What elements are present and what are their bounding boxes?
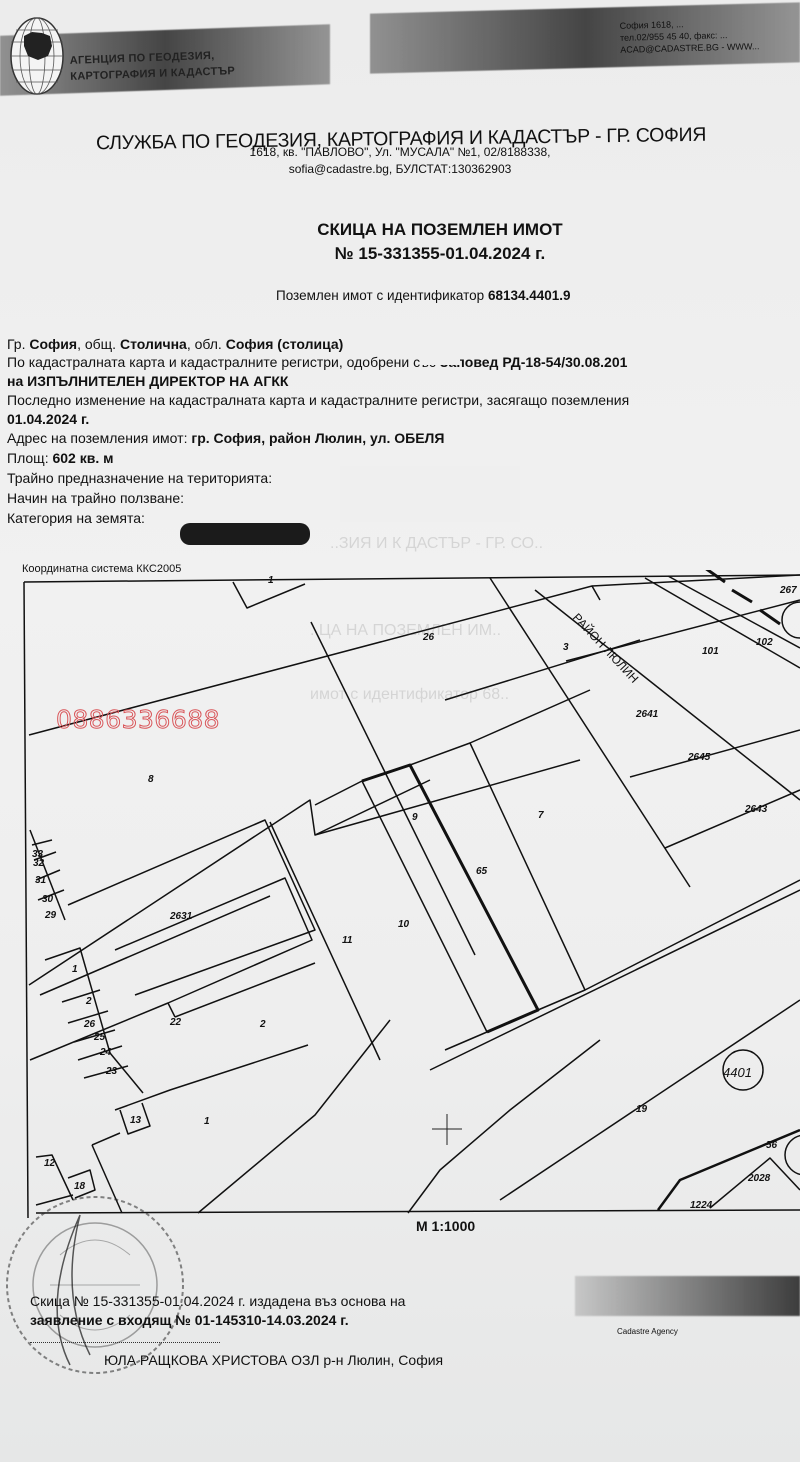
parcel-label: 31 bbox=[35, 875, 47, 886]
municipality-prefix: , общ. bbox=[77, 336, 116, 352]
parcel-label: 32 bbox=[33, 858, 45, 869]
parcel-label: 267 bbox=[779, 585, 797, 596]
parcel-label: 2643 bbox=[744, 804, 768, 815]
parcel-identifier: Поземлен имот с идентификатор 68134.4401… bbox=[276, 288, 571, 303]
document-number: № 15-331355-01.04.2024 г. bbox=[0, 244, 800, 264]
parcel-label: 8 bbox=[148, 774, 154, 785]
purpose-line: Трайно предназначение на територията: bbox=[7, 468, 272, 488]
agency-name: АГЕНЦИЯ ПО ГЕОДЕЗИЯ, КАРТОГРАФИЯ И КАДАС… bbox=[69, 47, 235, 85]
identifier-value: 68134.4401.9 bbox=[488, 288, 571, 303]
cadastral-map: 1263101102267264126452643897651011263133… bbox=[0, 570, 800, 1220]
municipality: Столична bbox=[120, 336, 187, 352]
redaction-patch bbox=[420, 345, 460, 365]
document-page: АГЕНЦИЯ ПО ГЕОДЕЗИЯ, КАРТОГРАФИЯ И КАДАС… bbox=[0, 0, 800, 1462]
parcel-label: 11 bbox=[342, 935, 353, 946]
block-number: 4401 bbox=[723, 1065, 752, 1080]
parcel-label: 30 bbox=[42, 894, 54, 905]
parcel-label: 24 bbox=[99, 1047, 112, 1058]
usage-line: Начин на трайно ползване: bbox=[7, 488, 184, 508]
parcel-label: 2631 bbox=[169, 911, 193, 922]
address-label: Адрес на поземления имот: bbox=[7, 430, 187, 446]
parcel-label: 23 bbox=[105, 1066, 118, 1077]
parcel-label: 2 bbox=[259, 1019, 266, 1030]
approval-order: Заповед РД-18-54/30.08.201 bbox=[440, 354, 628, 370]
parcel-label: 2641 bbox=[635, 709, 659, 720]
parcel-label: 3 bbox=[563, 642, 569, 653]
parcel-label: 25 bbox=[93, 1032, 106, 1043]
application-line: заявление с входящ № 01-145310-14.03.202… bbox=[30, 1312, 349, 1328]
parcel-label: 56 bbox=[766, 1140, 778, 1151]
director: на ИЗПЪЛНИТЕЛЕН ДИРЕКТОР НА АГКК bbox=[7, 373, 288, 389]
identifier-label: Поземлен имот с идентификатор bbox=[276, 288, 484, 303]
parcel-label: 26 bbox=[83, 1019, 96, 1030]
redaction-patch bbox=[340, 466, 520, 522]
agency-contact: София 1618, ... тел.02/955 45 40, факс: … bbox=[620, 16, 760, 56]
parcel-label: 1 bbox=[204, 1116, 210, 1127]
digital-signature-block bbox=[575, 1276, 800, 1316]
parcel-label: 2028 bbox=[747, 1173, 771, 1184]
parcel-label: 102 bbox=[756, 637, 773, 648]
parcel-label: 2 bbox=[85, 996, 92, 1007]
signature-agency: Cadastre Agency bbox=[617, 1327, 678, 1336]
area-line: Площ: 602 кв. м bbox=[7, 448, 113, 468]
last-change-line: Последно изменение на кадастралната карт… bbox=[7, 390, 629, 410]
watermark-phone: 0886336688 bbox=[56, 705, 220, 734]
signature-line bbox=[30, 1342, 220, 1343]
parcel-label: 1 bbox=[72, 964, 78, 975]
parcel-label: 29 bbox=[44, 910, 57, 921]
map-approval-text: По кадастралната карта и кадастралните р… bbox=[7, 354, 436, 370]
issued-line: Скица № 15-331355-01.04.2024 г. издадена… bbox=[30, 1293, 405, 1309]
last-change-date: 01.04.2024 г. bbox=[7, 409, 89, 429]
parcel-label: 65 bbox=[476, 866, 488, 877]
map-scale: М 1:1000 bbox=[416, 1218, 475, 1234]
last-change-date-value: 01.04.2024 г. bbox=[7, 411, 89, 427]
address-value: гр. София, район Люлин, ул. ОБЕЛЯ bbox=[191, 430, 444, 446]
parcel-label: 10 bbox=[398, 919, 410, 930]
location-line: Гр. София, общ. Столична, обл. София (ст… bbox=[7, 334, 343, 354]
signatory: ЮЛА РАЩКОВА ХРИСТОВА ОЗЛ р-н Люлин, Софи… bbox=[104, 1352, 443, 1368]
parcel-label: 12 bbox=[44, 1158, 56, 1169]
parcel-label: 101 bbox=[702, 646, 719, 657]
category-line: Категория на земята: bbox=[7, 508, 145, 528]
address-line: Адрес на поземления имот: гр. София, рай… bbox=[7, 428, 444, 448]
parcel-label: 22 bbox=[169, 1017, 182, 1028]
parcel-label: 19 bbox=[636, 1104, 648, 1115]
document-title: СКИЦА НА ПОЗЕМЛЕН ИМОТ bbox=[0, 220, 800, 240]
bulgaria-globe-logo-icon bbox=[8, 14, 66, 96]
map-approval-line: По кадастралната карта и кадастралните р… bbox=[7, 352, 627, 372]
district-label: РАЙОН ЛЮЛИН bbox=[570, 610, 642, 686]
service-address: 1618, кв. "ПАВЛОВО", Ул. "МУСАЛА" №1, 02… bbox=[0, 145, 800, 159]
parcel-label: 7 bbox=[538, 810, 544, 821]
redaction-bar bbox=[180, 523, 310, 545]
area-label: Площ: bbox=[7, 450, 49, 466]
parcel-label: 1224 bbox=[690, 1200, 713, 1211]
director-line: на ИЗПЪЛНИТЕЛЕН ДИРЕКТОР НА АГКК bbox=[7, 371, 288, 391]
service-email-bulstat: sofia@cadastre.bg, БУЛСТАТ:130362903 bbox=[0, 162, 800, 176]
region-prefix: , обл. bbox=[187, 336, 222, 352]
parcel-label: 13 bbox=[130, 1115, 142, 1126]
parcel-label: 9 bbox=[412, 812, 418, 823]
region: София (столица) bbox=[226, 336, 344, 352]
city: София bbox=[29, 336, 77, 352]
parcel-label: 1 bbox=[268, 575, 274, 586]
area-value: 602 кв. м bbox=[52, 450, 113, 466]
location-prefix: Гр. bbox=[7, 336, 25, 352]
parcel-label: 2645 bbox=[687, 752, 711, 763]
